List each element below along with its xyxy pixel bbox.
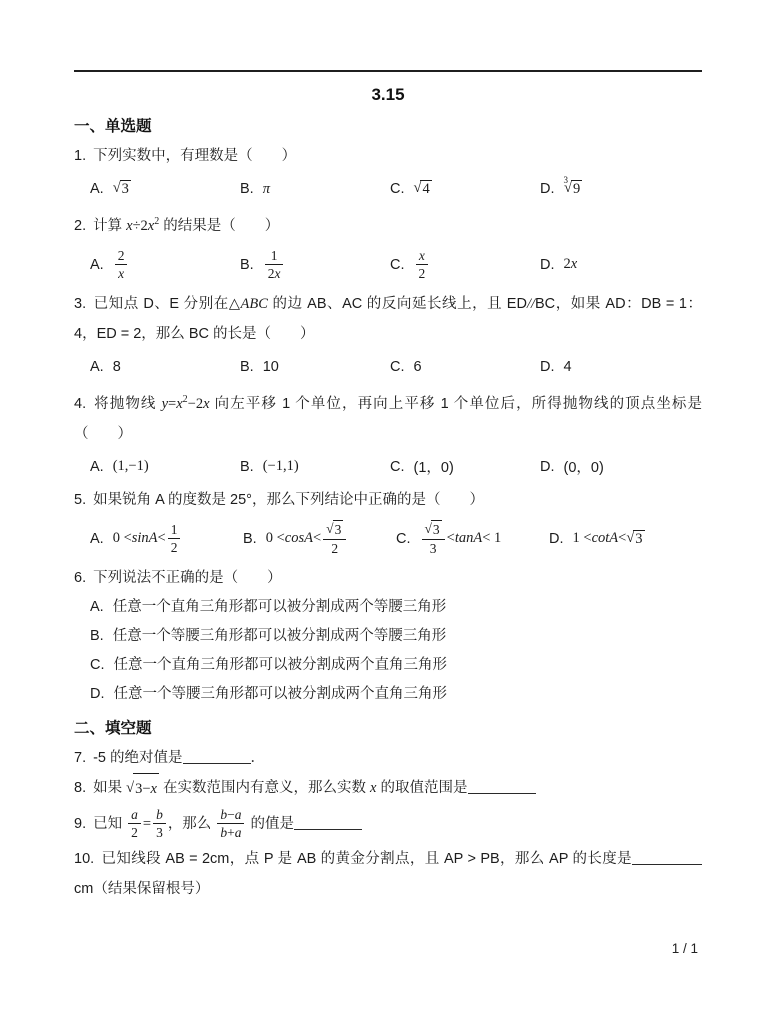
question-stem: 4.将抛物线 y=x2−2x 向左平移 1 个单位，再向上平移 1 个单位后，所… <box>74 385 702 449</box>
option-D: D.2x <box>540 256 690 273</box>
math-roman: 2 <box>118 248 125 263</box>
option-label: A. <box>90 459 104 475</box>
fraction: b−ab+a <box>217 806 244 842</box>
option-label: D. <box>540 257 555 273</box>
math-roman: 3 <box>122 181 129 197</box>
math-roman: (1,−1) <box>113 458 149 475</box>
question-number: 5. <box>74 492 86 508</box>
text-run: 任意一个等腰三角形都可以被分割成两个直角三角形 <box>114 686 448 702</box>
option-content: 2x <box>564 256 578 273</box>
radicand: 3 <box>633 530 644 548</box>
denominator: x <box>115 265 128 283</box>
option-label: B. <box>90 628 104 644</box>
sqrt-expression: √3−x <box>126 773 159 804</box>
fraction: √33 <box>422 520 445 557</box>
math-roman: 2 <box>564 256 571 273</box>
math-roman: 3− <box>135 781 150 797</box>
option-content: 12x <box>263 245 286 285</box>
text-run: cm（结果保留根号） <box>74 881 209 897</box>
text-run: 的值是 <box>246 816 294 832</box>
fraction: a2 <box>128 806 141 842</box>
math-roman: 3 <box>335 522 342 537</box>
option-label: D. <box>90 686 105 702</box>
math-roman: < 1 <box>482 530 501 547</box>
option-A: A.8 <box>90 359 240 375</box>
sqrt-expression: √3 <box>326 520 343 539</box>
options-row: A.(1,−1)B.(−1,1)C.(1，0)D.(0，0) <box>74 449 702 485</box>
denominator: 2x <box>265 265 284 283</box>
option-C: C.x2 <box>390 245 540 285</box>
options-row: A.0 < sinA < 12B.0 < cosA < √32C.√33 < t… <box>74 515 702 563</box>
option-label: B. <box>240 459 254 475</box>
radicand: 4 <box>420 180 431 198</box>
text-run: 的结果是（ ） <box>159 218 279 234</box>
math-italic: x <box>419 248 425 263</box>
option-B: B.0 < cosA < √32 <box>243 518 396 559</box>
math-roman: 0 < <box>113 530 132 547</box>
text-run: ，那么 <box>168 816 216 832</box>
page-number: 1 / 1 <box>672 941 698 956</box>
math-roman: < <box>618 530 626 547</box>
denominator: 2 <box>416 265 429 283</box>
text-run: -5 的绝对值是 <box>93 750 182 766</box>
option-content: 任意一个等腰三角形都可以被分割成两个等腰三角形 <box>113 628 447 644</box>
option-content: 0 < cosA < √32 <box>266 518 349 559</box>
options-row: A.任意一个直角三角形都可以被分割成两个等腰三角形B.任意一个等腰三角形都可以被… <box>74 593 702 709</box>
question-8: 8.如果 √3−x 在实数范围内有意义，那么实数 x 的取值范围是 <box>74 773 702 804</box>
math-roman: = <box>143 816 151 832</box>
math-italic: a <box>131 807 138 822</box>
cbrt-expression: 3√9 <box>564 180 583 198</box>
option-label: B. <box>243 531 257 547</box>
question-stem: 1.下列实数中，有理数是（ ） <box>74 141 702 171</box>
option-B: B.12x <box>240 245 390 285</box>
math-roman: 2 <box>131 825 138 840</box>
denominator: 2 <box>323 540 346 558</box>
math-roman: 3 <box>430 541 437 556</box>
math-roman: 9 <box>573 181 580 197</box>
option-content: 6 <box>414 359 422 375</box>
math-italic: cotA <box>592 530 619 547</box>
math-roman: 2 <box>171 540 178 555</box>
question-10: 10.已知线段 AB = 2cm，点 P 是 AB 的黄金分割点，且 AP > … <box>74 844 702 904</box>
sqrt-expression: √3 <box>425 520 442 539</box>
option-label: C. <box>90 657 105 673</box>
denominator: 3 <box>153 824 166 842</box>
option-C: C.任意一个直角三角形都可以被分割成两个直角三角形 <box>90 651 702 680</box>
text-run: 如果 <box>93 780 126 796</box>
option-content: π <box>263 181 270 198</box>
option-content: √33 < tanA < 1 <box>420 518 502 559</box>
math-italic: cosA <box>285 530 313 547</box>
option-content: 任意一个直角三角形都可以被分割成两个等腰三角形 <box>113 599 447 615</box>
text-run: (1，0) <box>414 456 454 477</box>
text-run: 任意一个直角三角形都可以被分割成两个等腰三角形 <box>113 599 447 615</box>
numerator: a <box>128 806 141 825</box>
option-D: D.4 <box>540 359 690 375</box>
option-D: D.(0，0) <box>540 456 690 477</box>
math-roman: −2 <box>188 396 203 412</box>
option-C: C.(1，0) <box>390 456 540 477</box>
option-content: (1，0) <box>414 456 454 477</box>
question-9: 9.已知 a2=b3，那么 b−ab+a 的值是 <box>74 804 702 844</box>
numerator: 1 <box>265 247 284 266</box>
fraction: 12 <box>168 521 181 557</box>
denominator: b+a <box>217 824 244 842</box>
math-roman: 1 <box>171 522 178 537</box>
math-roman: = <box>168 396 176 412</box>
options-row: A.2xB.12xC.x2D.2x <box>74 241 702 289</box>
option-A: A.任意一个直角三角形都可以被分割成两个等腰三角形 <box>90 593 702 622</box>
denominator: 3 <box>422 540 445 558</box>
section-heading: 一、单选题 <box>74 114 702 136</box>
option-label: C. <box>396 531 411 547</box>
denominator: 2 <box>128 824 141 842</box>
sections-container: 一、单选题1.下列实数中，有理数是（ ）A.√3B.πC.√4D.3√92.计算… <box>74 114 702 904</box>
options-row: A.8B.10C.6D.4 <box>74 349 702 385</box>
option-A: A.2x <box>90 245 240 285</box>
question-stem: 7.-5 的绝对值是． <box>74 743 702 773</box>
math-italic: // <box>527 296 535 312</box>
option-A: A.√3 <box>90 180 240 198</box>
option-content: x2 <box>414 245 431 285</box>
option-content: 4 <box>564 359 572 375</box>
text-run: 4 <box>564 359 572 375</box>
option-content: (1,−1) <box>113 458 149 475</box>
question-stem: 6.下列说法不正确的是（ ） <box>74 563 702 593</box>
option-label: A. <box>90 257 104 273</box>
option-label: A. <box>90 359 104 375</box>
option-content: 任意一个直角三角形都可以被分割成两个直角三角形 <box>114 657 448 673</box>
option-C: C.6 <box>390 359 540 375</box>
question-number: 4. <box>74 396 86 412</box>
option-label: B. <box>240 181 254 197</box>
option-D: D.1 < cotA < √3 <box>549 530 702 548</box>
radicand: 9 <box>571 180 582 198</box>
math-roman: ÷2 <box>133 218 148 234</box>
question-number: 9. <box>74 816 86 832</box>
option-content: 8 <box>113 359 121 375</box>
option-B: B.10 <box>240 359 390 375</box>
math-italic: x <box>118 266 124 281</box>
option-label: D. <box>540 459 555 475</box>
fraction: b3 <box>153 806 166 842</box>
blank-line <box>294 817 362 830</box>
fraction: 12x <box>265 247 284 283</box>
math-roman: < <box>447 530 455 547</box>
option-B: B.π <box>240 181 390 198</box>
text-run: 10 <box>263 359 279 375</box>
text-run: 在实数范围内有意义，那么实数 <box>159 780 370 796</box>
question-3: 3.已知点 D、E 分别在△ABC 的边 AB、AC 的反向延长线上，且 ED/… <box>74 289 702 385</box>
radicand: 3 <box>120 180 131 198</box>
question-number: 1. <box>74 148 86 164</box>
numerator: x <box>416 247 429 266</box>
text-run: 已知 <box>93 816 126 832</box>
math-roman: 3 <box>156 825 163 840</box>
math-italic: ABC <box>241 296 268 312</box>
text-run: 任意一个等腰三角形都可以被分割成两个等腰三角形 <box>113 628 447 644</box>
blank-line <box>468 781 536 794</box>
math-italic: x <box>151 781 157 797</box>
option-label: C. <box>390 359 405 375</box>
section-2: 二、填空题7.-5 的绝对值是．8.如果 √3−x 在实数范围内有意义，那么实数… <box>74 716 702 904</box>
option-content: (−1,1) <box>263 458 299 475</box>
option-label: A. <box>90 531 104 547</box>
option-A: A.0 < sinA < 12 <box>90 519 243 559</box>
text-run: 将抛物线 <box>93 396 162 412</box>
option-content: 1 < cotA < √3 <box>573 530 645 548</box>
question-4: 4.将抛物线 y=x2−2x 向左平移 1 个单位，再向上平移 1 个单位后，所… <box>74 385 702 485</box>
option-D: D.任意一个等腰三角形都可以被分割成两个直角三角形 <box>90 680 702 709</box>
option-label: B. <box>240 359 254 375</box>
numerator: 1 <box>168 521 181 540</box>
text-run: 任意一个直角三角形都可以被分割成两个直角三角形 <box>114 657 448 673</box>
math-roman: 2 <box>419 266 426 281</box>
math-italic: x <box>274 266 280 281</box>
question-2: 2.计算 x÷2x2 的结果是（ ）A.2xB.12xC.x2D.2x <box>74 207 702 289</box>
option-content: √3 <box>113 180 131 198</box>
radicand: 3 <box>431 520 442 539</box>
question-1: 1.下列实数中，有理数是（ ）A.√3B.πC.√4D.3√9 <box>74 141 702 207</box>
math-italic: π <box>263 181 270 198</box>
question-number: 6. <box>74 570 86 586</box>
question-5: 5.如果锐角 A 的度数是 25°，那么下列结论中正确的是（ ）A.0 < si… <box>74 485 702 563</box>
math-roman: 1 <box>271 248 278 263</box>
option-content: 3√9 <box>564 180 583 198</box>
option-B: B.任意一个等腰三角形都可以被分割成两个等腰三角形 <box>90 622 702 651</box>
option-content: 2x <box>113 245 130 285</box>
root-index: 3 <box>564 175 569 185</box>
fraction: √32 <box>323 520 346 557</box>
section-heading: 二、填空题 <box>74 716 702 738</box>
option-content: √4 <box>414 180 432 198</box>
text-run: 下列实数中，有理数是（ ） <box>93 148 296 164</box>
doc-title: 3.15 <box>74 85 702 105</box>
options-row: A.√3B.πC.√4D.3√9 <box>74 171 702 207</box>
fraction: 2x <box>115 247 128 283</box>
question-stem: 3.已知点 D、E 分别在△ABC 的边 AB、AC 的反向延长线上，且 ED/… <box>74 289 702 349</box>
radicand: 3 <box>333 520 344 539</box>
text-run: 的边 AB、AC 的反向延长线上，且 ED <box>268 296 527 312</box>
question-number: 7. <box>74 750 86 766</box>
math-roman: < <box>313 530 321 547</box>
question-stem: 8.如果 √3−x 在实数范围内有意义，那么实数 x 的取值范围是 <box>74 773 702 804</box>
math-italic: x <box>571 256 577 273</box>
blank-line <box>183 751 251 764</box>
text-run: 下列说法不正确的是（ ） <box>93 570 282 586</box>
numerator: b−a <box>217 806 244 825</box>
question-number: 3. <box>74 296 86 312</box>
numerator: b <box>153 806 166 825</box>
math-roman: (−1,1) <box>263 458 299 475</box>
option-label: D. <box>540 359 555 375</box>
math-roman: − <box>227 807 235 822</box>
math-italic: a <box>235 807 242 822</box>
question-stem: 9.已知 a2=b3，那么 b−ab+a 的值是 <box>74 804 702 844</box>
question-stem: 10.已知线段 AB = 2cm，点 P 是 AB 的黄金分割点，且 AP > … <box>74 844 702 904</box>
text-run: 计算 <box>93 218 126 234</box>
math-roman: △ <box>229 296 241 312</box>
text-run: 已知线段 AB = 2cm，点 P 是 AB 的黄金分割点，且 AP > PB，… <box>101 851 632 867</box>
option-label: D. <box>540 181 555 197</box>
question-number: 8. <box>74 780 86 796</box>
section-1: 一、单选题1.下列实数中，有理数是（ ）A.√3B.πC.√4D.3√92.计算… <box>74 114 702 709</box>
math-roman: 3 <box>433 522 440 537</box>
fraction: x2 <box>416 247 429 283</box>
option-label: C. <box>390 181 405 197</box>
option-A: A.(1,−1) <box>90 458 240 475</box>
math-roman: 3 <box>635 531 642 547</box>
option-label: B. <box>240 257 254 273</box>
math-roman: 0 < <box>266 530 285 547</box>
question-stem: 5.如果锐角 A 的度数是 25°，那么下列结论中正确的是（ ） <box>74 485 702 515</box>
sqrt-expression: √4 <box>414 180 432 198</box>
text-run: 6 <box>414 359 422 375</box>
option-label: C. <box>390 459 405 475</box>
text-run: (0，0) <box>564 456 604 477</box>
question-number: 10. <box>74 851 94 867</box>
numerator: √3 <box>422 520 445 540</box>
option-C: C.√4 <box>390 180 540 198</box>
question-6: 6.下列说法不正确的是（ ）A.任意一个直角三角形都可以被分割成两个等腰三角形B… <box>74 563 702 709</box>
math-roman: 4 <box>422 181 429 197</box>
text-run: 如果锐角 A 的度数是 25°，那么下列结论中正确的是（ ） <box>93 492 484 508</box>
denominator: 2 <box>168 539 181 557</box>
option-content: 0 < sinA < 12 <box>113 519 183 559</box>
option-content: 10 <box>263 359 279 375</box>
option-D: D.3√9 <box>540 180 690 198</box>
option-content: (0，0) <box>564 456 604 477</box>
math-italic: tanA <box>455 530 482 547</box>
numerator: 2 <box>115 247 128 266</box>
math-italic: a <box>235 825 242 840</box>
text-run: 8 <box>113 359 121 375</box>
sqrt-expression: √3 <box>113 180 131 198</box>
option-label: D. <box>549 531 564 547</box>
math-roman: + <box>227 825 235 840</box>
question-number: 2. <box>74 218 86 234</box>
option-C: C.√33 < tanA < 1 <box>396 518 549 559</box>
top-rule <box>74 70 702 72</box>
option-label: A. <box>90 599 104 615</box>
question-7: 7.-5 的绝对值是． <box>74 743 702 773</box>
option-B: B.(−1,1) <box>240 458 390 475</box>
question-stem: 2.计算 x÷2x2 的结果是（ ） <box>74 207 702 241</box>
option-label: C. <box>390 257 405 273</box>
radicand: 3−x <box>133 773 159 804</box>
numerator: √3 <box>323 520 346 540</box>
document-page: 3.15 一、单选题1.下列实数中，有理数是（ ）A.√3B.πC.√4D.3√… <box>0 0 768 1024</box>
text-run: 已知点 D、E 分别在 <box>93 296 229 312</box>
math-italic: b <box>156 807 163 822</box>
math-italic: sinA <box>132 530 158 547</box>
option-content: 任意一个等腰三角形都可以被分割成两个直角三角形 <box>114 686 448 702</box>
blank-line <box>632 852 702 865</box>
option-label: A. <box>90 181 104 197</box>
math-roman: 1 < <box>573 530 592 547</box>
math-roman: 2 <box>331 541 338 556</box>
sqrt-expression: √3 <box>626 530 644 548</box>
text-run: ． <box>251 750 266 766</box>
text-run: 的取值范围是 <box>376 780 467 796</box>
math-roman: < <box>158 530 166 547</box>
